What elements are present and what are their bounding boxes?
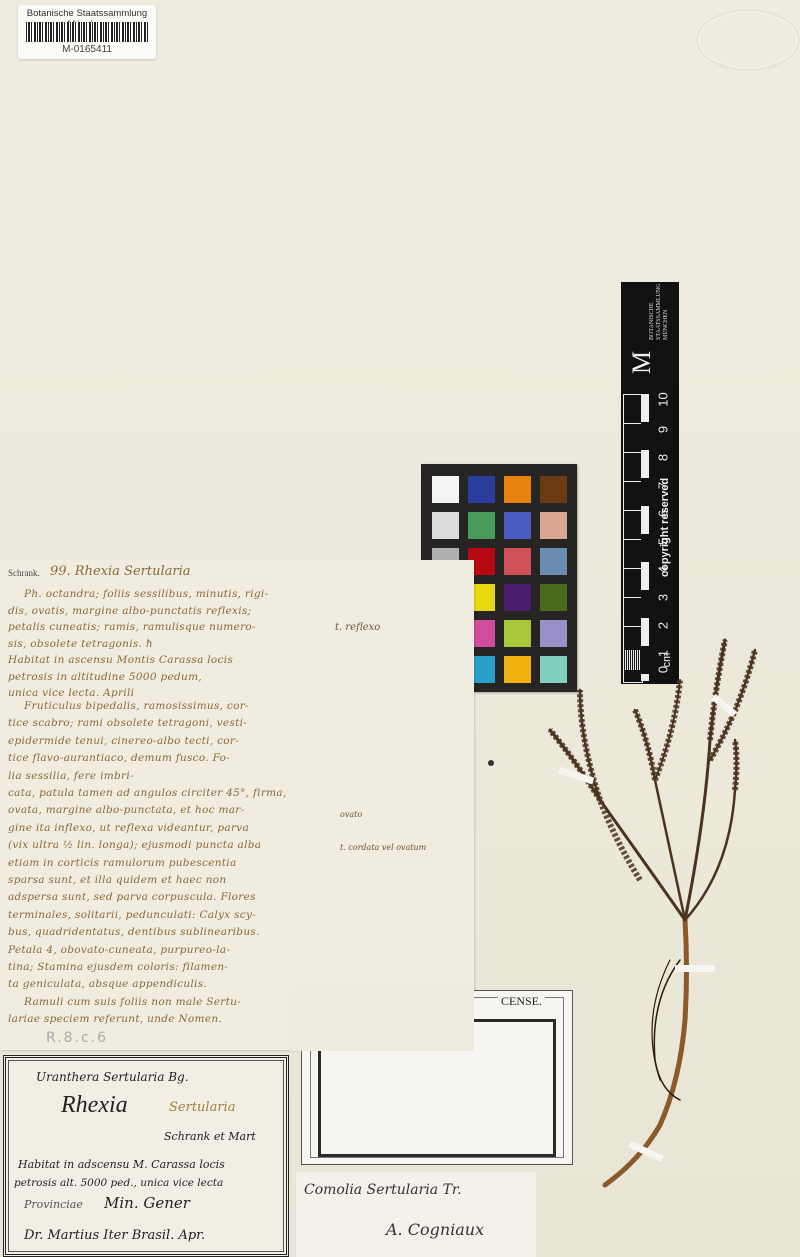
determiner-name: A. Cogniaux: [386, 1220, 484, 1239]
description-line: adspersa sunt, sed parva corpuscula. Flo…: [8, 891, 256, 903]
color-patch: [540, 584, 567, 611]
description-line: Habitat in ascensu Montis Carassa locis: [8, 654, 233, 666]
scale-number: 9: [656, 420, 671, 440]
label-collector: Dr. Martius Iter Brasil. Apr.: [24, 1228, 205, 1243]
original-collection-label: Uranthera Sertularia Bg. Rhexia Sertular…: [3, 1055, 289, 1257]
description-line: petalis cuneatis; ramis, ramulisque nume…: [8, 621, 256, 633]
handwritten-description-sheet: Schrank. 99. Rhexia Sertularia Ph. octan…: [0, 560, 474, 1050]
barcode-icon: [26, 22, 148, 42]
herbarium-sheet: Botanische Staatssammlung München M-0165…: [0, 0, 800, 1257]
description-line: (vix ultra ½ lin. longa); ejusmodi punct…: [8, 839, 261, 851]
label-habitat: Habitat in adscensu M. Carassa locis: [18, 1158, 225, 1171]
color-patch: [540, 476, 567, 503]
specimen-id: M-0165411: [18, 44, 156, 55]
color-patch: [468, 512, 495, 539]
sheet-overlap: [290, 985, 474, 1051]
description-line: dis, ovatis, margine albo-punctatis refl…: [8, 605, 251, 617]
description-line: tice scabro; rami obsolete tetragoni, ve…: [8, 717, 247, 729]
determination-name: Comolia Sertularia Tr.: [304, 1182, 462, 1198]
specimen-debris: [488, 760, 494, 766]
pencil-note: R.8.c.6: [46, 1030, 108, 1046]
description-line: Petala 4, obovato-cuneata, purpureo-la-: [8, 944, 230, 956]
scale-institution: BOTANISCHE STAATSSAMMLUNG MÜNCHEN: [649, 288, 677, 340]
description-line: terminales, solitarii, pedunculati: Caly…: [8, 909, 256, 921]
label-synonym: Uranthera Sertularia Bg.: [36, 1070, 189, 1084]
description-line: etiam in corticis ramulorum pubescentia: [8, 857, 237, 869]
description-line: ta geniculata, absque appendiculis.: [8, 978, 207, 990]
margin-note: t. reflexo: [335, 622, 380, 633]
scale-number: 7: [656, 476, 671, 496]
plant-specimen: [520, 620, 790, 1200]
scale-number: 4: [656, 560, 671, 580]
embossed-herbarium-stamp-icon: [697, 10, 799, 70]
scale-number: 5: [656, 532, 671, 552]
description-line: sis, obsolete tetragonis. ħ: [8, 638, 153, 650]
description-line: petrosis in altitudine 5000 pedum,: [8, 671, 202, 683]
institution-line: BOTANISCHE: [649, 288, 656, 340]
color-patch: [540, 548, 567, 575]
description-line: sparsa sunt, et illa quidem et haec non: [8, 874, 226, 886]
color-patch: [504, 584, 531, 611]
color-patch: [504, 548, 531, 575]
description-line: Ph. octandra; foliis sessilibus, minutis…: [24, 588, 268, 600]
description-line: gine ita inflexo, ut reflexa videantur, …: [8, 822, 249, 834]
scale-number: 3: [656, 588, 671, 608]
label-habitat: petrosis alt. 5000 ped., unica vice lect…: [14, 1177, 223, 1189]
color-patch: [432, 476, 459, 503]
description-line: lariae speciem referunt, unde Nomen.: [8, 1013, 222, 1025]
color-patch: [540, 512, 567, 539]
label-province: Min. Gener: [104, 1194, 190, 1212]
color-patch: [504, 512, 531, 539]
color-patch: [504, 476, 531, 503]
plant-specimen-icon: [520, 620, 790, 1200]
color-patch: [432, 512, 459, 539]
institution-logo-icon: M: [627, 338, 651, 374]
scale-number: 10: [656, 390, 671, 410]
description-line: unica vice lecta. Aprili: [8, 687, 134, 699]
description-line: tice flavo-aurantiaco, demum fusco. Fo-: [8, 752, 230, 764]
mounting-tape: [675, 965, 715, 972]
description-line: tina; Stamina ejusdem coloris: filamen-: [8, 961, 228, 973]
author-stamp: Schrank.: [8, 568, 40, 578]
description-line: bus, quadridentatus, dentibus sublineari…: [8, 926, 260, 938]
institution-line: MÜNCHEN: [663, 288, 670, 340]
description-line: Fruticulus bipedalis, ramosissimus, cor-: [24, 700, 249, 712]
margin-note: ovato: [340, 810, 362, 819]
barcode-label: Botanische Staatssammlung München M-0165…: [18, 5, 156, 59]
label-species: Sertularia: [169, 1100, 235, 1115]
color-patch: [468, 476, 495, 503]
description-line: cata, patula tamen ad angulos circiter 4…: [8, 787, 287, 799]
description-title: 99. Rhexia Sertularia: [50, 564, 190, 579]
description-line: lia sessilia, fere imbri-: [8, 770, 134, 782]
determination-label: Comolia Sertularia Tr. A. Cogniaux: [296, 1172, 536, 1257]
description-line: Ramuli cum suis foliis non male Sertu-: [24, 996, 241, 1008]
scale-number: 6: [656, 504, 671, 524]
scale-number: 8: [656, 448, 671, 468]
label-authority: Schrank et Mart: [164, 1130, 256, 1143]
label-province-caption: Provinciae: [24, 1198, 83, 1211]
description-line: epidermide tenui, cinereo-albo tecti, co…: [8, 735, 239, 747]
institution-line: STAATSSAMMLUNG: [656, 288, 663, 340]
label-genus: Rhexia: [61, 1092, 128, 1119]
description-line: ovata, margine albo-punctata, et hoc mar…: [8, 804, 244, 816]
margin-note: t. cordata vel ovatum: [340, 843, 426, 852]
